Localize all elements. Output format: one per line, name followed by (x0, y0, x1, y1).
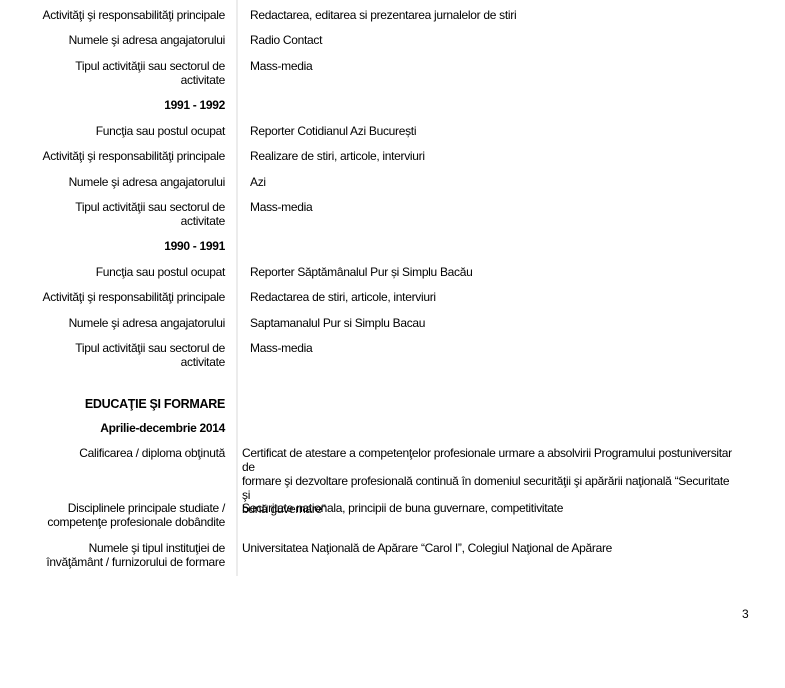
subjects-label-line1: Disciplinele principale studiate / (5, 501, 225, 515)
activities-value: Redactarea de stiri, articole, interviur… (250, 290, 740, 304)
sector-label-line1: Tipul activităţii sau sectorul de (5, 341, 225, 355)
position-label: Funcţia sau postul ocupat (5, 265, 225, 279)
position-label: Funcţia sau postul ocupat (5, 124, 225, 138)
subjects-label: Disciplinele principale studiate / compe… (5, 501, 225, 529)
position-value: Reporter Săptămânalul Pur și Simplu Bacă… (250, 265, 740, 279)
qualification-line2: formare şi dezvoltare profesională conti… (242, 474, 732, 502)
sector-label: Tipul activităţii sau sectorul de activi… (5, 200, 225, 228)
sector-label-line1: Tipul activităţii sau sectorul de (5, 200, 225, 214)
employer-value: Saptamanalul Pur si Simplu Bacau (250, 316, 740, 330)
period-heading: 1990 - 1991 (5, 239, 225, 253)
cv-page: Activităţi şi responsabilităţi principal… (0, 0, 785, 688)
activities-label: Activităţi şi responsabilităţi principal… (5, 8, 225, 22)
institution-label-line2: învăţământ / furnizorului de formare (5, 555, 225, 569)
employer-value: Radio Contact (250, 33, 740, 47)
institution-label-line1: Numele şi tipul instituţiei de (5, 541, 225, 555)
education-period: Aprilie-decembrie 2014 (5, 421, 225, 435)
sector-value: Mass-media (250, 200, 740, 214)
institution-value: Universitatea Naţională de Apărare “Caro… (242, 541, 732, 555)
sector-label-line2: activitate (5, 355, 225, 369)
sector-label-line2: activitate (5, 214, 225, 228)
position-value: Reporter Cotidianul Azi București (250, 124, 740, 138)
qualification-label: Calificarea / diploma obţinută (5, 446, 225, 460)
employer-label: Numele şi adresa angajatorului (5, 175, 225, 189)
subjects-label-line2: competenţe profesionale dobândite (5, 515, 225, 529)
activities-value: Realizare de stiri, articole, interviuri (250, 149, 740, 163)
employer-label: Numele şi adresa angajatorului (5, 33, 225, 47)
education-section-title: EDUCAŢIE ŞI FORMARE (5, 397, 225, 411)
sector-label-line2: activitate (5, 73, 225, 87)
institution-label: Numele şi tipul instituţiei de învăţămân… (5, 541, 225, 569)
activities-value: Redactarea, editarea si prezentarea jurn… (250, 8, 740, 22)
sector-label: Tipul activităţii sau sectorul de activi… (5, 341, 225, 369)
employer-label: Numele şi adresa angajatorului (5, 316, 225, 330)
activities-label: Activităţi şi responsabilităţi principal… (5, 149, 225, 163)
column-divider (236, 0, 238, 576)
sector-value: Mass-media (250, 59, 740, 73)
sector-label-line1: Tipul activităţii sau sectorul de (5, 59, 225, 73)
page-number: 3 (742, 607, 749, 621)
sector-value: Mass-media (250, 341, 740, 355)
activities-label: Activităţi şi responsabilităţi principal… (5, 290, 225, 304)
subjects-value: Securitate nationala, principii de buna … (242, 501, 732, 515)
sector-label: Tipul activităţii sau sectorul de activi… (5, 59, 225, 87)
period-heading: 1991 - 1992 (5, 98, 225, 112)
qualification-line1: Certificat de atestare a competenţelor p… (242, 446, 732, 474)
employer-value: Azi (250, 175, 740, 189)
